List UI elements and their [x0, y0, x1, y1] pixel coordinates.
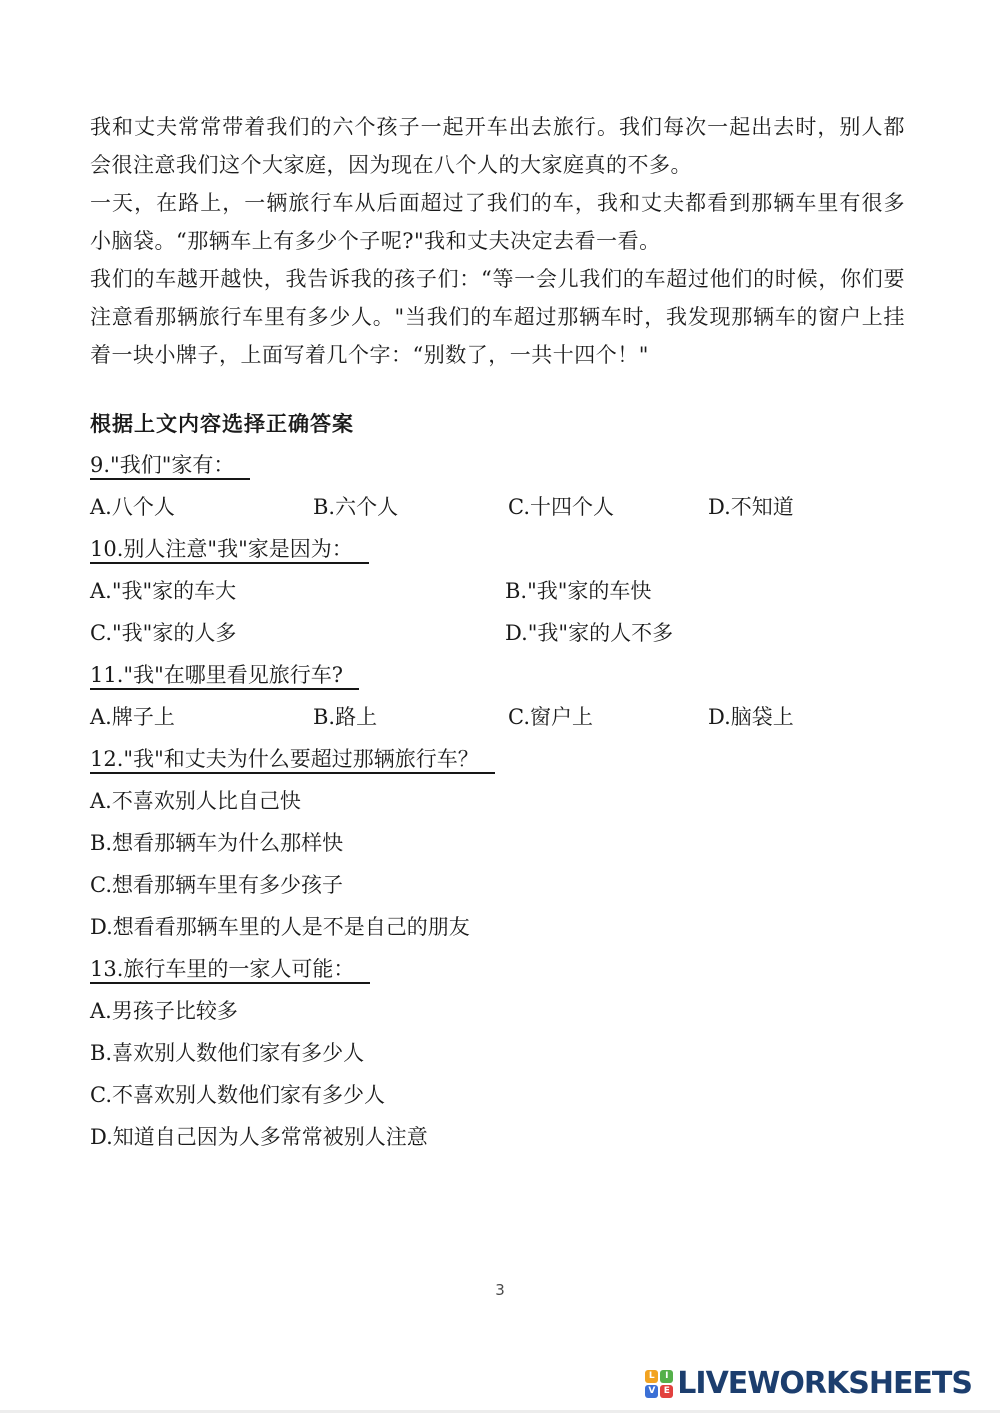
option-text: 八个人	[112, 495, 175, 519]
option-letter: A.	[90, 495, 112, 519]
option-12c[interactable]: C.想看那辆车里有多少孩子	[90, 864, 905, 906]
question-block-11: 11."我"在哪里看见旅行车? A.牌子上 B.路上 C.窗户上 D.脑袋上	[90, 654, 905, 738]
option-11b[interactable]: B.路上	[313, 696, 508, 738]
option-text: "我"家的车快	[527, 579, 651, 603]
option-text: 六个人	[335, 495, 398, 519]
option-10d[interactable]: D."我"家的人不多	[505, 612, 905, 654]
option-13b[interactable]: B.喜欢别人数他们家有多少人	[90, 1032, 905, 1074]
question-number: 10.	[90, 537, 123, 561]
option-letter: B.	[313, 495, 335, 519]
passage-paragraph: 我和丈夫常常带着我们的六个孩子一起开车出去旅行。我们每次一起出去时，别人都会很注…	[90, 108, 905, 184]
option-letter: C.	[90, 1083, 112, 1107]
option-text: "我"家的车大	[112, 579, 236, 603]
question-label: 别人注意"我"家是因为：	[123, 537, 352, 561]
option-text: 知道自己因为人多常常被别人注意	[113, 1125, 428, 1149]
option-13c[interactable]: C.不喜欢别人数他们家有多少人	[90, 1074, 905, 1116]
option-text: 男孩子比较多	[112, 999, 238, 1023]
option-text: 路上	[335, 705, 377, 729]
option-12a[interactable]: A.不喜欢别人比自己快	[90, 780, 905, 822]
logo-square-e: E	[660, 1385, 673, 1398]
question-label: "我"和丈夫为什么要超过那辆旅行车？	[123, 747, 478, 771]
option-text: 窗户上	[530, 705, 593, 729]
option-letter: C.	[508, 705, 530, 729]
question-number: 11.	[90, 663, 123, 687]
option-text: 想看那辆车为什么那样快	[112, 831, 343, 855]
option-13d[interactable]: D.知道自己因为人多常常被别人注意	[90, 1116, 905, 1158]
question-number: 13.	[90, 957, 123, 981]
option-letter: D.	[708, 705, 731, 729]
option-letter: D.	[505, 621, 528, 645]
question-text: 9."我们"家有：	[90, 444, 905, 486]
option-letter: A.	[90, 579, 112, 603]
option-9c[interactable]: C.十四个人	[508, 486, 708, 528]
option-text: 不喜欢别人数他们家有多少人	[112, 1083, 385, 1107]
options-list: A.不喜欢别人比自己快 B.想看那辆车为什么那样快 C.想看那辆车里有多少孩子 …	[90, 780, 905, 948]
options-row: A."我"家的车大 B."我"家的车快 C."我"家的人多 D."我"家的人不多	[90, 570, 905, 654]
option-11d[interactable]: D.脑袋上	[708, 696, 905, 738]
logo-square-i: I	[660, 1370, 673, 1383]
liveworksheets-wordmark: LIVEWORKSHEETS	[677, 1366, 972, 1401]
question-label: "我们"家有：	[110, 453, 234, 477]
option-10a[interactable]: A."我"家的车大	[90, 570, 505, 612]
question-text: 12."我"和丈夫为什么要超过那辆旅行车？	[90, 738, 905, 780]
option-letter: B.	[313, 705, 335, 729]
option-10c[interactable]: C."我"家的人多	[90, 612, 505, 654]
logo-square-l: L	[645, 1370, 658, 1383]
question-number: 12.	[90, 747, 123, 771]
passage-paragraph: 一天，在路上，一辆旅行车从后面超过了我们的车，我和丈夫都看到那辆车里有很多小脑袋…	[90, 184, 905, 260]
logo-square-v: V	[645, 1385, 658, 1398]
option-letter: B.	[90, 831, 112, 855]
question-block-9: 9."我们"家有： A.八个人 B.六个人 C.十四个人 D.不知道	[90, 444, 905, 528]
option-10b[interactable]: B."我"家的车快	[505, 570, 905, 612]
option-letter: D.	[708, 495, 731, 519]
instructions-heading: 根据上文内容选择正确答案	[90, 404, 905, 444]
option-text: "我"家的人不多	[528, 621, 673, 645]
question-label: "我"在哪里看见旅行车?	[123, 663, 343, 687]
options-row: A.牌子上 B.路上 C.窗户上 D.脑袋上	[90, 696, 905, 738]
options-list: A.男孩子比较多 B.喜欢别人数他们家有多少人 C.不喜欢别人数他们家有多少人 …	[90, 990, 905, 1158]
option-11c[interactable]: C.窗户上	[508, 696, 708, 738]
option-11a[interactable]: A.牌子上	[90, 696, 313, 738]
option-9d[interactable]: D.不知道	[708, 486, 905, 528]
option-text: 脑袋上	[731, 705, 794, 729]
option-text: 想看那辆车里有多少孩子	[112, 873, 343, 897]
option-9b[interactable]: B.六个人	[313, 486, 508, 528]
option-text: 不喜欢别人比自己快	[112, 789, 301, 813]
liveworksheets-grid-icon: L I V E	[645, 1370, 673, 1398]
option-12b[interactable]: B.想看那辆车为什么那样快	[90, 822, 905, 864]
option-letter: A.	[90, 999, 112, 1023]
option-letter: C.	[90, 621, 112, 645]
option-text: 想看看那辆车里的人是不是自己的朋友	[113, 915, 470, 939]
option-text: 喜欢别人数他们家有多少人	[112, 1041, 364, 1065]
option-12d[interactable]: D.想看看那辆车里的人是不是自己的朋友	[90, 906, 905, 948]
question-text: 10.别人注意"我"家是因为：	[90, 528, 905, 570]
option-9a[interactable]: A.八个人	[90, 486, 313, 528]
liveworksheets-logo[interactable]: L I V E LIVEWORKSHEETS	[645, 1366, 972, 1401]
option-text: 不知道	[731, 495, 794, 519]
question-text: 13.旅行车里的一家人可能：	[90, 948, 905, 990]
option-letter: B.	[505, 579, 527, 603]
option-letter: C.	[508, 495, 530, 519]
reading-passage: 我和丈夫常常带着我们的六个孩子一起开车出去旅行。我们每次一起出去时，别人都会很注…	[90, 108, 905, 374]
option-letter: D.	[90, 1125, 113, 1149]
question-block-12: 12."我"和丈夫为什么要超过那辆旅行车？ A.不喜欢别人比自己快 B.想看那辆…	[90, 738, 905, 948]
option-letter: C.	[90, 873, 112, 897]
option-letter: A.	[90, 789, 112, 813]
passage-paragraph: 我们的车越开越快，我告诉我的孩子们：“等一会儿我们的车超过他们的时候，你们要注意…	[90, 260, 905, 374]
option-letter: B.	[90, 1041, 112, 1065]
question-number: 9.	[90, 453, 110, 477]
page-number: 3	[0, 1281, 1000, 1299]
option-text: 牌子上	[112, 705, 175, 729]
option-13a[interactable]: A.男孩子比较多	[90, 990, 905, 1032]
question-label: 旅行车里的一家人可能：	[123, 957, 354, 981]
option-text: "我"家的人多	[112, 621, 236, 645]
option-letter: D.	[90, 915, 113, 939]
question-block-10: 10.别人注意"我"家是因为： A."我"家的车大 B."我"家的车快 C."我…	[90, 528, 905, 654]
option-letter: A.	[90, 705, 112, 729]
options-row: A.八个人 B.六个人 C.十四个人 D.不知道	[90, 486, 905, 528]
question-text: 11."我"在哪里看见旅行车?	[90, 654, 905, 696]
option-text: 十四个人	[530, 495, 614, 519]
worksheet-page: 我和丈夫常常带着我们的六个孩子一起开车出去旅行。我们每次一起出去时，别人都会很注…	[0, 0, 1000, 1158]
question-block-13: 13.旅行车里的一家人可能： A.男孩子比较多 B.喜欢别人数他们家有多少人 C…	[90, 948, 905, 1158]
